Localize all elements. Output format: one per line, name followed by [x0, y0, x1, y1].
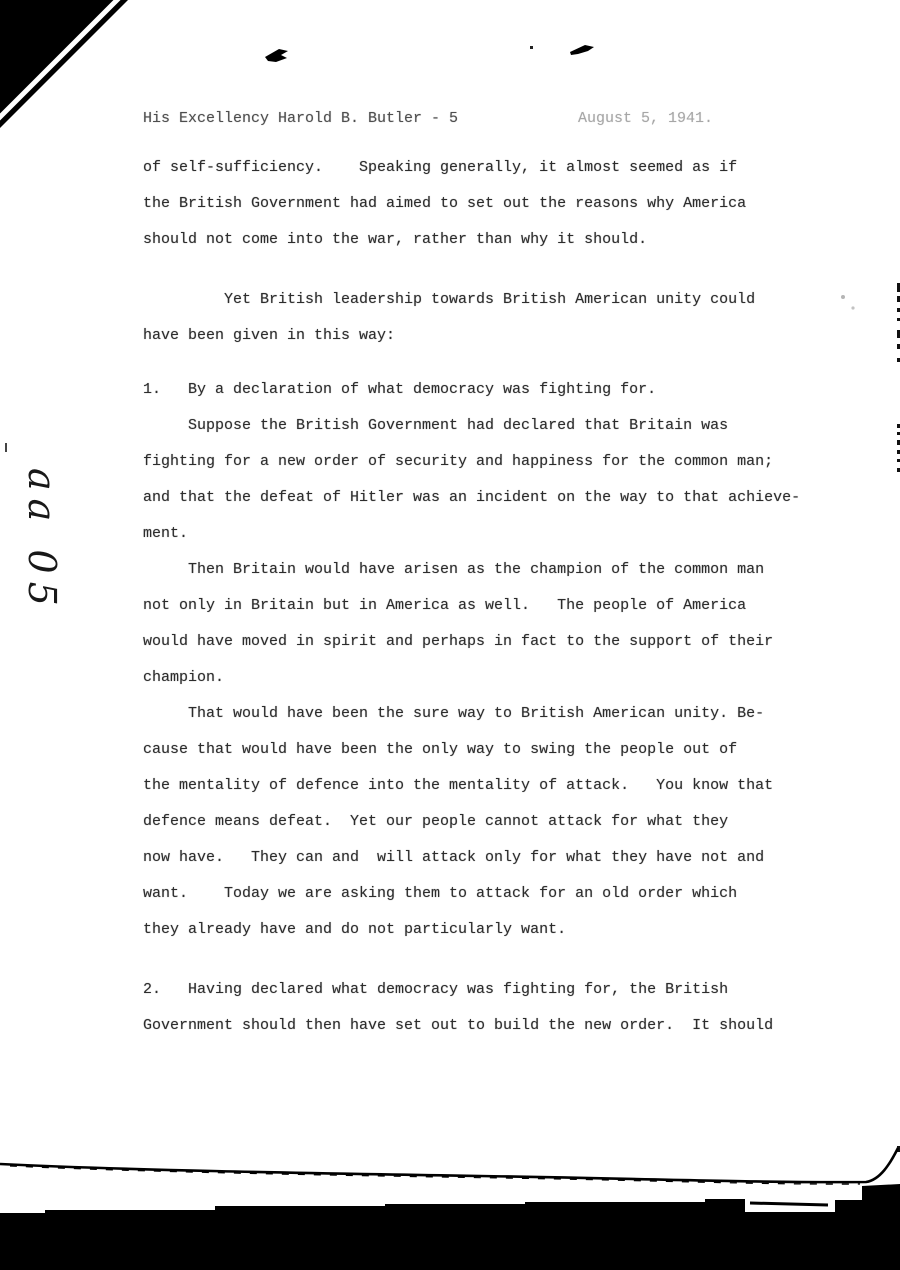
text-line: not only in Britain but in America as we…	[143, 588, 823, 624]
text-line: should not come into the war, rather tha…	[143, 222, 823, 258]
text-line: Suppose the British Government had decla…	[143, 408, 823, 444]
paragraph: 2. Having declared what democracy was fi…	[143, 972, 823, 1044]
ink-speck	[851, 306, 854, 309]
paragraph: of self-sufficiency. Speaking generally,…	[143, 150, 823, 258]
handwritten-margin-note: aa 05	[20, 468, 64, 648]
bottom-edge-line	[0, 1148, 898, 1182]
text-line: have been given in this way:	[143, 318, 823, 354]
text-line: and that the defeat of Hitler was an inc…	[143, 480, 823, 516]
ink-speck	[530, 46, 533, 49]
text-line: now have. They can and will attack only …	[143, 840, 823, 876]
ink-speck	[841, 295, 845, 299]
paragraph: 1. By a declaration of what democracy wa…	[143, 372, 823, 408]
text-line: they already have and do not particularl…	[143, 912, 823, 948]
text-line: Then Britain would have arisen as the ch…	[143, 552, 823, 588]
text-line: of self-sufficiency. Speaking generally,…	[143, 150, 823, 186]
document-page: His Excellency Harold B. Butler - 5 Augu…	[0, 0, 900, 1270]
text-line: champion.	[143, 660, 823, 696]
text-line: That would have been the sure way to Bri…	[143, 696, 823, 732]
ink-smudge-mark	[570, 45, 594, 55]
header-date: August 5, 1941.	[578, 101, 713, 137]
paragraph: Yet British leadership towards British A…	[143, 282, 823, 354]
header-addressee: His Excellency Harold B. Butler - 5	[143, 101, 458, 137]
ink-speck	[5, 443, 7, 452]
bottom-edge-dash	[750, 1203, 828, 1205]
paragraph: Suppose the British Government had decla…	[143, 408, 823, 552]
letter-body: of self-sufficiency. Speaking generally,…	[143, 150, 823, 1044]
text-line: Yet British leadership towards British A…	[143, 282, 823, 318]
text-line: defence means defeat. Yet our people can…	[143, 804, 823, 840]
ink-smudge-mark	[265, 49, 288, 62]
paragraph: That would have been the sure way to Bri…	[143, 696, 823, 948]
text-line: ment.	[143, 516, 823, 552]
text-line: the British Government had aimed to set …	[143, 186, 823, 222]
text-line: want. Today we are asking them to attack…	[143, 876, 823, 912]
text-line: 2. Having declared what democracy was fi…	[143, 972, 823, 1008]
page-header: His Excellency Harold B. Butler - 5 Augu…	[143, 101, 860, 137]
text-line: would have moved in spirit and perhaps i…	[143, 624, 823, 660]
text-line: Government should then have set out to b…	[143, 1008, 823, 1044]
bottom-edge-line-rough	[10, 1166, 860, 1184]
text-line: cause that would have been the only way …	[143, 732, 823, 768]
text-line: fighting for a new order of security and…	[143, 444, 823, 480]
scan-bottom-band	[0, 1184, 900, 1270]
text-line: the mentality of defence into the mental…	[143, 768, 823, 804]
text-line: 1. By a declaration of what democracy wa…	[143, 372, 823, 408]
corner-fold-mark	[0, 0, 128, 128]
paragraph: Then Britain would have arisen as the ch…	[143, 552, 823, 696]
